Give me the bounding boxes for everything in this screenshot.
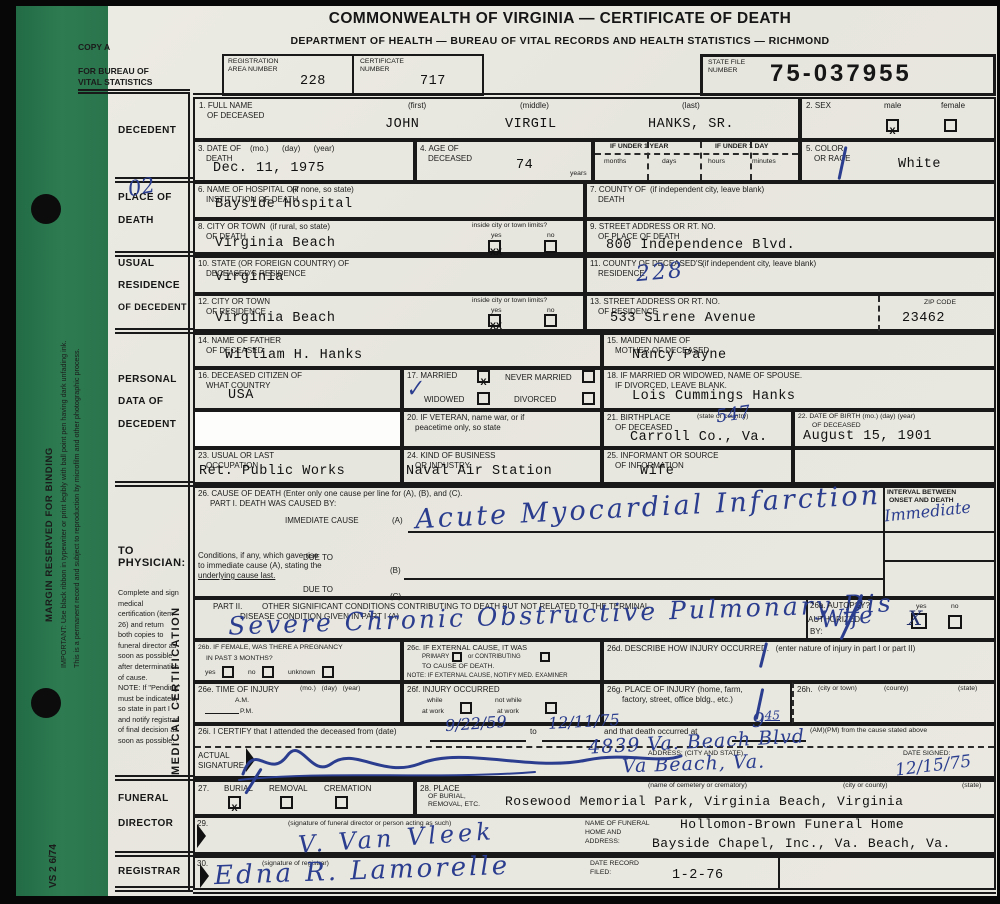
date-record-filed-value: 1-2-76	[672, 868, 724, 883]
f26f-label-1: 26f. INJURY OCCURRED	[407, 685, 500, 694]
date-of-death-value: Dec. 11, 1975	[213, 161, 325, 176]
checkbox-not-while-at-work	[545, 702, 557, 714]
f1-first-label: (first)	[408, 101, 426, 110]
f28-state-header: (state)	[962, 782, 981, 790]
f17-widowed-label: WIDOWED	[424, 395, 464, 404]
f29-home-label-3: ADDRESS:	[585, 838, 620, 846]
section-personal-1: PERSONAL	[118, 374, 177, 385]
checkbox-f12-yes: XX	[488, 314, 501, 327]
f26-conditions-3: underlying cause last.	[198, 571, 275, 580]
f3-mdy-label: (mo.) (day) (year)	[250, 144, 334, 153]
f16-label-1: 16. DECEASED CITIZEN OF	[198, 371, 302, 380]
scan-edge-bottom	[0, 896, 1000, 904]
f6-label-1: 6. NAME OF HOSPITAL OR	[198, 185, 298, 194]
f12-limits-label: inside city or town limits?	[472, 297, 547, 305]
f28-cemetery-header: (name of cemetery or crematory)	[648, 782, 747, 790]
f10-label-1: 10. STATE (OR FOREIGN COUNTRY) OF	[198, 259, 349, 268]
father-name-value: William H. Hanks	[225, 348, 363, 363]
f26-immediate-cause-label: IMMEDIATE CAUSE	[285, 516, 359, 525]
under-1-day-label: IF UNDER 1 DAY	[715, 143, 768, 151]
city-of-death-value: Virginia Beach	[215, 236, 335, 251]
f26c-label-2: TO CAUSE OF DEATH.	[422, 663, 494, 671]
section-registrar: REGISTRAR	[118, 866, 181, 877]
f26-header: 26. CAUSE OF DEATH (Enter only one cause…	[198, 489, 462, 498]
hours-label: hours	[708, 158, 725, 166]
certificate-title: COMMONWEALTH OF VIRGINIA — CERTIFICATE O…	[270, 10, 850, 28]
married-x-mark: X	[480, 378, 486, 389]
f9-label-1: 9. STREET ADDRESS OR RT. NO.	[590, 222, 716, 231]
f20-label-2: peacetime only, so state	[415, 423, 501, 432]
certificate-number-label-1: CERTIFICATE	[360, 58, 404, 66]
state-file-number-value: 75-037955	[770, 60, 912, 88]
checkbox-f12-no	[544, 314, 557, 327]
part2-label: PART II.	[213, 602, 242, 611]
f26-line-a-label: (A)	[392, 516, 403, 525]
section-funeral-1: FUNERAL	[118, 793, 169, 804]
actual-signature-label-1: ACTUAL	[198, 751, 230, 760]
f8-label-1: 8. CITY OR TOWN	[198, 222, 266, 231]
f12-xx-mark: XX	[490, 322, 502, 333]
registration-area-value: 228	[300, 74, 326, 89]
f18-label-1: 18. IF MARRIED OR WIDOWED, NAME OF SPOUS…	[607, 371, 802, 380]
f26f-at-work-label: at work	[422, 708, 444, 716]
checkbox-pregnancy-yes	[222, 666, 234, 678]
burial-x-mark: X	[231, 804, 237, 815]
f26e-mdy-label: (mo.) (day) (year)	[300, 685, 360, 693]
attended-to-date-handwritten: 12/11/75	[548, 710, 621, 733]
f1-middle-label: (middle)	[520, 101, 549, 110]
checkbox-married: X	[477, 370, 490, 383]
checkbox-widowed	[477, 392, 490, 405]
state-residence-value: Virginia	[215, 270, 284, 285]
birthplace-value: Carroll Co., Va.	[630, 430, 768, 445]
f26d-label: 26d. DESCRIBE HOW INJURY OCCURRED. (ente…	[607, 644, 915, 653]
f20-label-1: 20. IF VETERAN, name war, or if	[407, 413, 524, 422]
age-value: 74	[516, 158, 533, 173]
f17-divorced-label: DIVORCED	[514, 395, 556, 404]
zip-divider	[878, 296, 880, 331]
f29-home-label-2: HOME AND	[585, 829, 621, 837]
f2-female-label: female	[941, 101, 965, 110]
hole-punch-top	[31, 194, 61, 224]
form-number: VS 2 6/74	[48, 816, 60, 888]
f26a-no-label: no	[951, 603, 959, 611]
date-of-birth-value: August 15, 1901	[803, 429, 932, 444]
f26f-while-label: while	[427, 697, 443, 705]
f26b-label-1: 26b. IF FEMALE, WAS THERE A PREGNANCY	[198, 644, 343, 652]
street-of-death-value: 800 Independence Blvd.	[606, 238, 795, 253]
f7-label-1b: (if independent city, leave blank)	[650, 185, 764, 194]
f29-arrow-icon	[197, 824, 206, 848]
f2-male-label: male	[884, 101, 901, 110]
f26e-label-1: 26e. TIME OF INJURY	[198, 685, 279, 694]
days-label: days	[662, 158, 676, 166]
f1-label-2: OF DECEASED	[207, 111, 264, 120]
margin-important-note-1: IMPORTANT: Use black ribbon in typewrite…	[60, 238, 68, 668]
registration-area-label-2: AREA NUMBER	[228, 66, 277, 74]
checkbox-female	[944, 119, 957, 132]
checkbox-divorced	[582, 392, 595, 405]
f8-limits-label: inside city or town limits?	[472, 222, 547, 230]
street-residence-value: 533 Sirene Avenue	[610, 311, 756, 326]
funeral-home-value-1: Hollomon-Brown Funeral Home	[680, 817, 904, 832]
spouse-name-value: Lois Cummings Hanks	[632, 389, 795, 404]
field-25-right-empty	[793, 448, 996, 486]
checkbox-pregnancy-no	[262, 666, 274, 678]
f8-yes-label: yes	[491, 232, 502, 240]
f15-label-1: 15. MAIDEN NAME OF	[607, 336, 690, 345]
f30-arrow-icon	[200, 864, 209, 888]
section-residence-2: RESIDENCE	[118, 280, 180, 291]
city-residence-value: Virginia Beach	[215, 311, 335, 326]
zip-label: ZIP CODE	[924, 299, 956, 307]
section-residence-1: USUAL	[118, 258, 154, 269]
f26b-unknown-label: unknown	[288, 669, 315, 677]
f26e-am-label: A.M.	[235, 697, 249, 705]
section-to-physician-1: TO	[118, 545, 134, 557]
f23-label-1: 23. USUAL OR LAST	[198, 451, 274, 460]
bureau-label-2: VITAL STATISTICS	[78, 77, 152, 87]
autopsy-yes-x-mark: X	[908, 606, 922, 630]
interval-label-1: INTERVAL BETWEEN	[887, 489, 956, 497]
f13-label-1: 13. STREET ADDRESS OR RT. NO.	[590, 297, 720, 306]
registration-area-label-1: REGISTRATION	[228, 58, 278, 66]
date-record-filed-label-1: DATE RECORD	[590, 860, 639, 868]
first-name-value: JOHN	[385, 117, 419, 132]
state-file-label-2: NUMBER	[708, 67, 737, 75]
f26-conditions-2: to immediate cause (A), stating the	[198, 561, 322, 570]
f26e-pm-label: P.M.	[240, 708, 253, 716]
race-value: White	[898, 157, 941, 172]
months-label: months	[604, 158, 626, 166]
last-name-value: HANKS, SR.	[648, 117, 734, 132]
f2-label: 2. SEX	[806, 101, 831, 110]
informant-value: Wife	[640, 464, 674, 479]
f8-label-1b: (if rural, so state)	[270, 222, 330, 231]
checkbox-contributing	[540, 652, 550, 662]
section-place-of-death-2: DEATH	[118, 215, 154, 226]
f7-label-1: 7. COUNTY OF	[590, 185, 646, 194]
f26b-yes-label: yes	[205, 669, 216, 677]
field-19-blank-whiteout	[193, 410, 402, 448]
checkbox-cremation	[335, 796, 348, 809]
f26c-note: NOTE: IF EXTERNAL CAUSE, NOTIFY MED. EXA…	[407, 672, 568, 679]
f26h-state-label: (state)	[958, 685, 977, 693]
occupation-value: Ret. Public Works	[199, 464, 345, 479]
section-medical-certification: MEDICAL CERTIFICATION	[170, 495, 182, 775]
f29-home-label-1: NAME OF FUNERAL	[585, 820, 650, 828]
f7-label-2: DEATH	[598, 195, 625, 204]
business-value: Naval Air Station	[406, 464, 552, 479]
funeral-home-value-2: Bayside Chapel, Inc., Va. Beach, Va.	[652, 836, 951, 851]
f26b-no-label: no	[248, 669, 256, 677]
f22-label-1: 22. DATE OF BIRTH (mo.) (day) (year)	[798, 413, 915, 421]
checkbox-pregnancy-unknown	[322, 666, 334, 678]
f28-label-3: REMOVAL, ETC.	[428, 801, 480, 809]
place-of-burial-value: Rosewood Memorial Park, Virginia Beach, …	[505, 794, 903, 809]
f27-cremation-label: CREMATION	[324, 784, 371, 793]
male-x-mark: X	[889, 127, 895, 138]
hospital-value: Bayside Hospital	[215, 197, 353, 212]
f11-label-1b: (if independent city, leave blank)	[702, 259, 816, 268]
bureau-label-1: FOR BUREAU OF	[78, 66, 149, 76]
certificate-subtitle: DEPARTMENT OF HEALTH — BUREAU OF VITAL R…	[220, 35, 900, 47]
f26h-city-label: (city or town)	[818, 685, 857, 693]
f4-label-2: DECEASED	[428, 154, 472, 163]
f8-xx-mark: XX	[490, 248, 502, 259]
section-personal-3: DECEDENT	[118, 419, 176, 430]
f25-label-1: 25. INFORMANT OR SOURCE	[607, 451, 718, 460]
checkbox-never-married	[582, 370, 595, 383]
f26-line-b-label: (B)	[390, 566, 401, 575]
f27-number: 27.	[198, 784, 209, 793]
certificate-number-value: 717	[420, 74, 446, 89]
f12-label-1: 12. CITY OR TOWN	[198, 297, 270, 306]
f1-label-1: 1. FULL NAME	[199, 101, 253, 110]
under-1-year-label: IF UNDER 1 YEAR	[610, 143, 668, 151]
mother-name-value: Nancy Payne	[632, 348, 727, 363]
f26f-not-while-label: not while	[495, 697, 522, 705]
f28-label-2: OF BURIAL,	[428, 793, 466, 801]
f26b-label-2: IN PAST 3 MONTHS?	[206, 655, 273, 663]
f26i-certify-text-3: (AM)(PM) from the cause stated above	[810, 727, 927, 735]
checkbox-primary	[452, 652, 462, 662]
checkbox-f8-no	[544, 240, 557, 253]
f26c-label-1: 26c. IF EXTERNAL CAUSE, IT WAS	[407, 644, 527, 653]
section-residence-3: OF DECEDENT	[118, 302, 187, 312]
checkbox-male: X	[886, 119, 899, 132]
checkbox-autopsy-no	[948, 615, 962, 629]
f4-label-1: 4. AGE OF	[420, 144, 459, 153]
hole-punch-bottom	[31, 688, 61, 718]
f17-never-married-label: NEVER MARRIED	[505, 373, 572, 382]
section-personal-2: DATA OF	[118, 396, 163, 407]
certificate-number-label-2: NUMBER	[360, 66, 389, 74]
section-funeral-2: DIRECTOR	[118, 818, 173, 829]
f26-conditions-1: Conditions, if any, which gave rise	[198, 551, 318, 560]
minutes-label: minutes	[752, 158, 776, 166]
f5-label-1: 5. COLOR	[806, 144, 843, 153]
f28-city-header: (city or county)	[843, 782, 888, 790]
f21-label-1: 21. BIRTHPLACE	[607, 413, 670, 422]
f26h-county-label: (county)	[884, 685, 909, 693]
f26g-label-2: factory, street, office bldg., etc.)	[622, 695, 733, 704]
zip-value: 23462	[902, 311, 945, 326]
f26-part1-label: PART I. DEATH WAS CAUSED BY:	[210, 499, 336, 508]
f24-label-1: 24. KIND OF BUSINESS	[407, 451, 495, 460]
death-certificate-scan: MARGIN RESERVED FOR BINDING IMPORTANT: U…	[0, 0, 1000, 904]
margin-important-note-2: This is a permanent record and subject t…	[73, 248, 81, 668]
f26c-contributing-label: or CONTRIBUTING	[468, 654, 521, 661]
state-file-label-1: STATE FILE	[708, 59, 745, 67]
section-decedent: DECEDENT	[118, 125, 176, 136]
copy-label: COPY A	[78, 42, 110, 52]
f3-label-1: 3. DATE OF	[198, 144, 241, 153]
f14-label-1: 14. NAME OF FATHER	[198, 336, 281, 345]
checkbox-removal	[280, 796, 293, 809]
f6-label-1b: (if none, so state)	[292, 185, 354, 194]
field-7-county-of-death	[585, 182, 996, 219]
f8-no-label: no	[547, 232, 555, 240]
f26g-label-1: 26g. PLACE OF INJURY (home, farm,	[607, 685, 743, 694]
f4-years-label: years	[570, 170, 587, 178]
f26-due-to-c-label: DUE TO	[303, 585, 333, 594]
county-residence-handwritten: 228	[635, 258, 685, 287]
f27-removal-label: REMOVAL	[269, 784, 308, 793]
checkbox-while-at-work	[460, 702, 472, 714]
middle-name-value: VIRGIL	[505, 117, 557, 132]
margin-binding-note: MARGIN RESERVED FOR BINDING	[44, 292, 55, 622]
f26h-label: 26h.	[797, 685, 813, 694]
f26-line-c-label: (C)	[390, 592, 401, 601]
checkbox-f8-yes: XX	[488, 240, 501, 253]
date-record-filed-label-2: FILED:	[590, 869, 611, 877]
citizen-value: USA	[228, 388, 254, 403]
f26c-primary-label: PRIMARY	[422, 654, 449, 661]
place-of-death-handwritten-code: 02	[126, 173, 156, 201]
f1-last-label: (last)	[682, 101, 700, 110]
checkbox-burial: X	[228, 796, 241, 809]
